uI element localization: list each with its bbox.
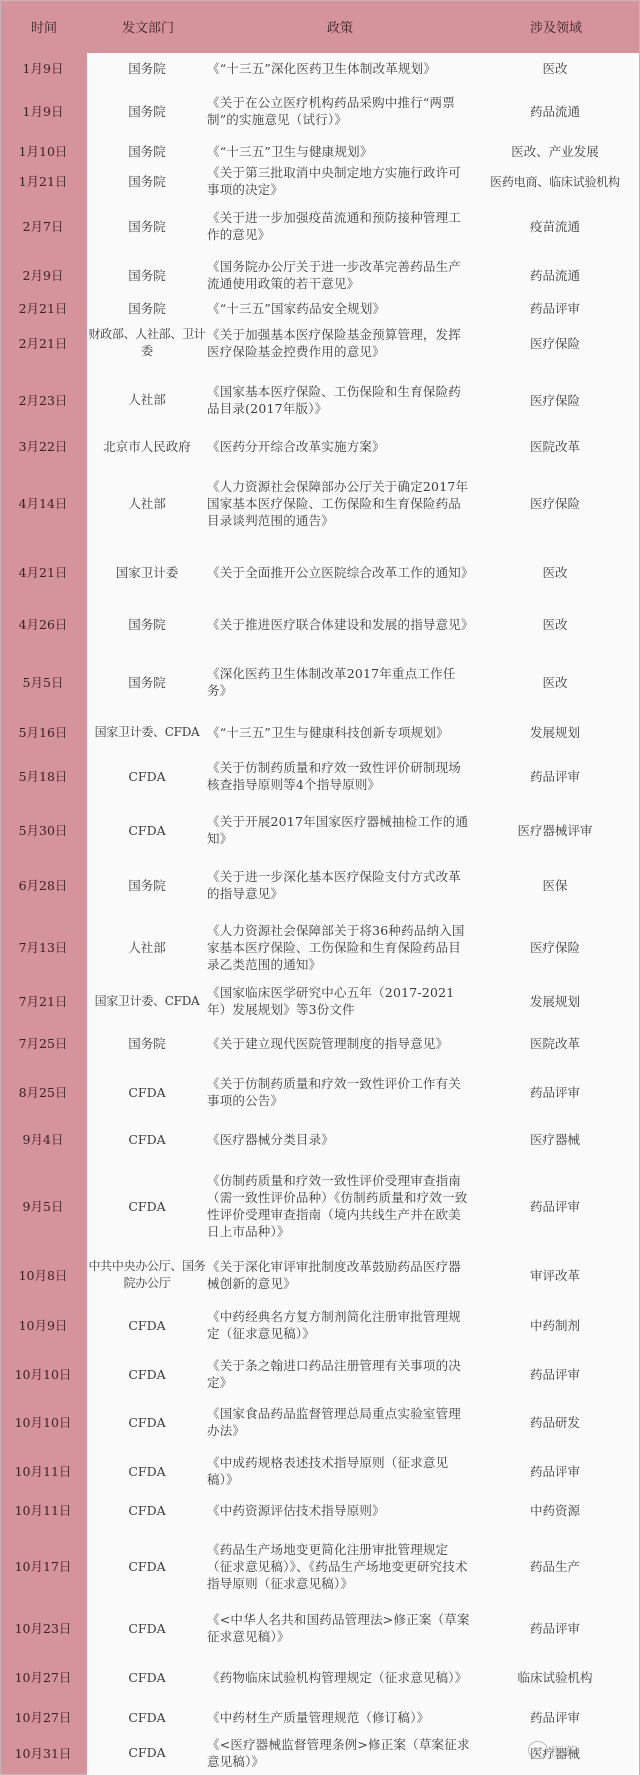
policy-cell: 《国务院办公厅关于进一步改革完善药品生产流通使用政策的若干意见》 — [207, 253, 471, 297]
area-cell: 疫苗流通 — [472, 199, 638, 253]
dept-cell: CFDA — [88, 1396, 206, 1448]
area-cell-text: 药品评审 — [530, 1365, 580, 1383]
dept-cell: 国务院 — [88, 598, 206, 650]
area-cell: 医改、产业发展 — [472, 139, 638, 163]
area-cell: 医改 — [472, 598, 638, 650]
table-header: 时间 发文部门 政策 涉及领域 — [1, 5, 638, 53]
wechat-icon — [528, 1741, 548, 1759]
dept-cell: 国家卫计委、CFDA — [86, 714, 208, 750]
dept-cell: CFDA — [88, 1606, 206, 1650]
policy-cell: 《“十三五”卫生与健康规划》 — [207, 139, 471, 163]
date-cell: 2月7日 — [0, 199, 86, 253]
date-cell: 2月23日 — [0, 367, 86, 432]
area-cell: 医疗保险 — [472, 367, 638, 432]
date-cell: 10月27日 — [0, 1704, 86, 1730]
dept-cell-text: 国务院 — [128, 60, 166, 77]
date-cell-text: 10月31日 — [15, 1744, 72, 1762]
date-cell: 1月9日 — [0, 53, 86, 83]
date-cell: 5月5日 — [0, 650, 86, 714]
area-cell-text: 医改 — [542, 563, 567, 581]
area-cell: 药品评审 — [472, 1160, 638, 1252]
header-date: 时间 — [1, 5, 87, 53]
date-cell: 7月21日 — [0, 982, 86, 1020]
dept-cell: 国家卫计委 — [88, 546, 206, 598]
area-cell-text: 药品评审 — [530, 1197, 580, 1215]
dept-cell: 人社部 — [88, 460, 206, 546]
dept-cell-text: CFDA — [128, 822, 165, 839]
date-cell-text: 1月21日 — [19, 172, 68, 190]
dept-cell-text: 国务院 — [128, 300, 166, 317]
date-cell-text: 10月11日 — [15, 1501, 72, 1519]
date-cell-text: 2月9日 — [23, 266, 64, 284]
policy-cell-text: 《<中华人名共和国药品管理法>修正案（草案征求意见稿）》 — [207, 1611, 471, 1645]
dept-cell: 国务院 — [88, 858, 206, 912]
dept-cell: CFDA — [88, 1066, 206, 1118]
dept-cell-text: CFDA — [128, 1744, 165, 1761]
dept-cell: 国务院 — [88, 650, 206, 714]
date-cell-text: 10月27日 — [15, 1668, 72, 1686]
table-row: 2月7日国务院《关于进一步加强疫苗流通和预防接种管理工作的意见》疫苗流通 — [0, 199, 640, 253]
table-row: 10月27日CFDA《中药材生产质量管理规范（修订稿）》药品评审 — [0, 1704, 640, 1730]
policy-cell: 《国家基本医疗保险、工伤保险和生育保险药品目录(2017年版）》 — [207, 367, 471, 432]
policy-cell-text: 《关于在公立医疗机构药品采购中推行“两票制”的实施意见（试行）》 — [207, 94, 471, 128]
date-cell: 1月21日 — [0, 163, 86, 199]
date-cell-text: 8月25日 — [19, 1083, 68, 1101]
table-row: 9月5日CFDA《仿制药质量和疗效一致性评价受理审查指南（需一致性评价品种）《仿… — [0, 1160, 640, 1252]
area-cell: 发展规划 — [472, 982, 638, 1020]
date-cell-text: 3月22日 — [19, 437, 68, 455]
dept-cell: 中共中央办公厅、国务院办公厅 — [86, 1252, 208, 1298]
date-cell: 1月10日 — [0, 139, 86, 163]
watermark-text: 医药 — [551, 1741, 577, 1760]
policy-cell-text: 《医药分开综合改革实施方案》 — [207, 438, 385, 455]
dept-cell: CFDA — [88, 1160, 206, 1252]
header-dept: 发文部门 — [89, 5, 207, 53]
dept-cell: CFDA — [88, 1494, 206, 1526]
table-row: 4月14日人社部《人力资源社会保障部办公厅关于确定2017年国家基本医疗保险、工… — [0, 460, 640, 546]
policy-cell: 《“十三五”深化医药卫生体制改革规划》 — [207, 53, 471, 83]
date-cell-text: 9月5日 — [23, 1197, 64, 1215]
area-cell-text: 中药制剂 — [530, 1316, 580, 1334]
date-cell: 10月10日 — [0, 1396, 86, 1448]
dept-cell: 北京市人民政府 — [88, 432, 206, 460]
policy-cell-text: 《国家食品药品监督管理总局重点实验室管理办法》 — [207, 1405, 471, 1439]
date-cell: 5月16日 — [0, 714, 86, 750]
date-cell-text: 10月10日 — [15, 1413, 72, 1431]
policy-cell-text: 《国务院办公厅关于进一步改革完善药品生产流通使用政策的若干意见》 — [207, 258, 471, 292]
table-row: 10月8日中共中央办公厅、国务院办公厅《关于深化审评审批制度改革鼓励药品医疗器械… — [0, 1252, 640, 1298]
table-row: 10月10日CFDA《国家食品药品监督管理总局重点实验室管理办法》药品研发 — [0, 1396, 640, 1448]
table-row: 10月27日CFDA《药物临床试验机构管理规定（征求意见稿）》临床试验机构 — [0, 1650, 640, 1704]
area-cell-text: 医疗器械评审 — [517, 821, 592, 839]
table-row: 5月5日国务院《深化医药卫生体制改革2017年重点工作任务》医改 — [0, 650, 640, 714]
date-cell-text: 1月9日 — [23, 102, 64, 120]
policy-cell: 《中药资源评估技术指导原则》 — [207, 1494, 471, 1526]
date-cell-text: 2月7日 — [23, 217, 64, 235]
dept-cell: CFDA — [88, 802, 206, 858]
policy-cell-text: 《关于深化审评审批制度改革鼓励药品医疗器械创新的意见》 — [207, 1258, 471, 1292]
table-row: 10月10日CFDA《关于条之翰进口药品注册管理有关事项的决定》药品评审 — [0, 1352, 640, 1396]
policy-cell: 《中药经典名方复方制剂简化注册审批管理规定（征求意见稿）》 — [207, 1298, 471, 1352]
table-row: 4月21日国家卫计委《关于全面推开公立医院综合改革工作的通知》医改 — [0, 546, 640, 598]
date-cell: 10月11日 — [0, 1494, 86, 1526]
dept-cell-text: 国家卫计委、CFDA — [95, 724, 200, 741]
policy-cell: 《国家临床医学研究中心五年（2017-2021年）发展规划》等3份文件 — [207, 982, 471, 1020]
area-cell-text: 药品流通 — [530, 266, 580, 284]
table-row: 1月9日国务院《“十三五”深化医药卫生体制改革规划》医改 — [0, 53, 640, 83]
area-cell-text: 药品评审 — [530, 299, 580, 317]
date-cell: 1月9日 — [0, 83, 86, 139]
policy-cell: 《<中华人名共和国药品管理法>修正案（草案征求意见稿）》 — [207, 1606, 471, 1650]
header-policy: 政策 — [208, 5, 472, 53]
policy-cell: 《关于深化审评审批制度改革鼓励药品医疗器械创新的意见》 — [207, 1252, 471, 1298]
dept-cell-text: 人社部 — [128, 939, 166, 956]
table-row: 1月9日国务院《关于在公立医疗机构药品采购中推行“两票制”的实施意见（试行）》药… — [0, 83, 640, 139]
dept-cell-text: CFDA — [128, 768, 165, 785]
area-cell: 药品研发 — [472, 1396, 638, 1448]
area-cell: 药品评审 — [472, 1448, 638, 1494]
area-cell: 医疗保险 — [472, 460, 638, 546]
area-cell-text: 医改 — [542, 673, 567, 691]
date-cell-text: 4月14日 — [19, 494, 68, 512]
table-row: 1月10日国务院《“十三五”卫生与健康规划》医改、产业发展 — [0, 139, 640, 163]
dept-cell-text: 国务院 — [128, 218, 166, 235]
date-cell-text: 5月30日 — [19, 821, 68, 839]
dept-cell: 国家卫计委、CFDA — [86, 982, 208, 1020]
dept-cell-text: 人社部 — [128, 495, 166, 512]
area-cell: 医药电商、临床试验机构 — [472, 163, 638, 199]
policy-cell: 《深化医药卫生体制改革2017年重点工作任务》 — [207, 650, 471, 714]
dept-cell-text: CFDA — [128, 1198, 165, 1215]
dept-cell-text: 国家卫计委 — [116, 564, 179, 581]
area-cell: 医改 — [472, 53, 638, 83]
dept-cell-text: 国务院 — [128, 267, 166, 284]
table-row: 10月23日CFDA《<中华人名共和国药品管理法>修正案（草案征求意见稿）》药品… — [0, 1606, 640, 1650]
dept-cell-text: 国务院 — [128, 103, 166, 120]
area-cell: 药品流通 — [472, 253, 638, 297]
dept-cell: 人社部 — [88, 912, 206, 982]
date-cell-text: 5月16日 — [19, 723, 68, 741]
table-row: 4月26日国务院《关于推进医疗联合体建设和发展的指导意见》医改 — [0, 598, 640, 650]
dept-cell: 国务院 — [88, 83, 206, 139]
dept-cell-text: CFDA — [128, 1502, 165, 1519]
date-cell: 10月27日 — [0, 1650, 86, 1704]
dept-cell-text: CFDA — [128, 1366, 165, 1383]
area-cell-text: 审评改革 — [530, 1266, 580, 1284]
dept-cell: CFDA — [88, 1448, 206, 1494]
dept-cell-text: 国务院 — [128, 173, 166, 190]
date-cell: 9月4日 — [0, 1118, 86, 1160]
date-cell-text: 2月23日 — [19, 391, 68, 409]
date-cell-text: 10月27日 — [15, 1708, 72, 1726]
table-row: 6月28日国务院《关于进一步深化基本医疗保险支付方式改革的指导意见》医保 — [0, 858, 640, 912]
policy-cell-text: 《关于建立现代医院管理制度的指导意见》 — [207, 1035, 448, 1052]
area-cell: 药品流通 — [472, 83, 638, 139]
policy-cell: 《中药材生产质量管理规范（修订稿）》 — [207, 1704, 471, 1730]
policy-cell: 《国家食品药品监督管理总局重点实验室管理办法》 — [207, 1396, 471, 1448]
area-cell-text: 中药资源 — [530, 1501, 580, 1519]
table-row: 10月11日CFDA《中药资源评估技术指导原则》中药资源 — [0, 1494, 640, 1526]
area-cell-text: 医改 — [542, 59, 567, 77]
policy-cell: 《中成药规格表述技术指导原则（征求意见稿）》 — [207, 1448, 471, 1494]
policy-cell: 《医药分开综合改革实施方案》 — [207, 432, 471, 460]
date-cell: 5月18日 — [0, 750, 86, 802]
policy-cell-text: 《关于推进医疗联合体建设和发展的指导意见》 — [207, 616, 471, 633]
area-cell: 药品评审 — [472, 750, 638, 802]
dept-cell: CFDA — [88, 1650, 206, 1704]
policy-cell: 《“十三五”卫生与健康科技创新专项规划》 — [207, 714, 471, 750]
area-cell: 中药资源 — [472, 1494, 638, 1526]
policy-cell: 《仿制药质量和疗效一致性评价受理审查指南（需一致性评价品种）《仿制药质量和疗效一… — [207, 1160, 471, 1252]
area-cell: 医改 — [472, 546, 638, 598]
dept-cell: 国务院 — [88, 199, 206, 253]
area-cell: 中药制剂 — [472, 1298, 638, 1352]
date-cell: 10月10日 — [0, 1352, 86, 1396]
policy-cell: 《关于在公立医疗机构药品采购中推行“两票制”的实施意见（试行）》 — [207, 83, 471, 139]
area-cell: 医疗器械评审 — [472, 802, 638, 858]
area-cell: 医院改革 — [472, 432, 638, 460]
dept-cell: 国务院 — [88, 163, 206, 199]
date-cell-text: 10月9日 — [19, 1316, 68, 1334]
area-cell: 医保 — [472, 858, 638, 912]
area-cell-text: 医改 — [542, 615, 567, 633]
dept-cell-text: CFDA — [128, 1558, 165, 1575]
table-row: 1月21日国务院《关于第三批取消中央制定地方实施行政许可事项的决定》医药电商、临… — [0, 163, 640, 199]
date-cell: 10月17日 — [0, 1526, 86, 1606]
table-row: 10月17日CFDA《药品生产场地变更简化注册审批管理规定（征求意见稿）》、《药… — [0, 1526, 640, 1606]
area-cell: 审评改革 — [472, 1252, 638, 1298]
area-cell: 医疗保险 — [472, 319, 638, 367]
policy-cell: 《关于加强基本医疗保险基金预算管理，发挥医疗保险基金控费作用的意见》 — [207, 319, 471, 367]
area-cell-text: 医疗器械 — [530, 1130, 580, 1148]
dept-cell: 国务院 — [88, 1020, 206, 1066]
date-cell-text: 4月26日 — [19, 615, 68, 633]
date-cell-text: 6月28日 — [19, 876, 68, 894]
policy-cell-text: 《中成药规格表述技术指导原则（征求意见稿）》 — [207, 1454, 471, 1488]
policy-cell: 《关于仿制药质量和疗效一致性评价工作有关事项的公告》 — [207, 1066, 471, 1118]
policy-cell: 《关于全面推开公立医院综合改革工作的通知》 — [207, 546, 471, 598]
dept-cell-text: CFDA — [128, 1709, 165, 1726]
policy-cell-text: 《关于进一步深化基本医疗保险支付方式改革的指导意见》 — [207, 868, 471, 902]
dept-cell-text: 国家卫计委、CFDA — [95, 993, 200, 1010]
date-cell: 2月9日 — [0, 253, 86, 297]
policy-cell: 《药品生产场地变更简化注册审批管理规定（征求意见稿）》、《药品生产场地变更研究技… — [207, 1526, 471, 1606]
policy-cell: 《“十三五”国家药品安全规划》 — [207, 297, 471, 319]
policy-cell-text: 《国家基本医疗保险、工伤保险和生育保险药品目录(2017年版）》 — [207, 383, 471, 417]
date-cell-text: 5月18日 — [19, 767, 68, 785]
date-cell-text: 2月21日 — [19, 299, 68, 317]
policy-cell-text: 《人力资源社会保障部关于将36种药品纳入国家基本医疗保险、工伤保险和生育保险药品… — [207, 922, 471, 973]
area-cell: 临床试验机构 — [472, 1650, 638, 1704]
date-cell: 5月30日 — [0, 802, 86, 858]
area-cell-text: 医疗保险 — [530, 938, 580, 956]
dept-cell-text: 国务院 — [128, 877, 166, 894]
date-cell: 7月13日 — [0, 912, 86, 982]
policy-cell-text: 《中药经典名方复方制剂简化注册审批管理规定（征求意见稿）》 — [207, 1308, 471, 1342]
dept-cell-text: CFDA — [128, 1131, 165, 1148]
dept-cell-text: CFDA — [128, 1414, 165, 1431]
date-cell: 9月5日 — [0, 1160, 86, 1252]
area-cell-text: 医改、产业发展 — [511, 142, 599, 160]
dept-cell-text: CFDA — [128, 1669, 165, 1686]
dept-cell-text: 国务院 — [128, 1035, 166, 1052]
date-cell: 2月21日 — [0, 319, 86, 367]
dept-cell: 国务院 — [88, 139, 206, 163]
date-cell-text: 1月9日 — [23, 59, 64, 77]
table-row: 5月30日CFDA《关于开展2017年国家医疗器械抽检工作的通知》医疗器械评审 — [0, 802, 640, 858]
date-cell: 8月25日 — [0, 1066, 86, 1118]
dept-cell-text: 人社部 — [128, 391, 166, 408]
policy-cell: 《关于第三批取消中央制定地方实施行政许可事项的决定》 — [207, 163, 471, 199]
policy-cell-text: 《深化医药卫生体制改革2017年重点工作任务》 — [207, 665, 471, 699]
area-cell: 医疗器械 — [472, 1118, 638, 1160]
policy-cell-text: 《人力资源社会保障部办公厅关于确定2017年国家基本医疗保险、工伤保险和生育保险… — [207, 478, 471, 529]
dept-cell: CFDA — [88, 1298, 206, 1352]
area-cell-text: 药品评审 — [530, 1708, 580, 1726]
table-row: 2月21日财政部、人社部、卫计委《关于加强基本医疗保险基金预算管理，发挥医疗保险… — [0, 319, 640, 367]
dept-cell: CFDA — [88, 1118, 206, 1160]
date-cell: 10月11日 — [0, 1448, 86, 1494]
policy-cell: 《医疗器械分类目录》 — [207, 1118, 471, 1160]
date-cell: 10月23日 — [0, 1606, 86, 1650]
table-row: 10月9日CFDA《中药经典名方复方制剂简化注册审批管理规定（征求意见稿）》中药… — [0, 1298, 640, 1352]
policy-cell: 《关于进一步加强疫苗流通和预防接种管理工作的意见》 — [207, 199, 471, 253]
area-cell-text: 药品评审 — [530, 1462, 580, 1480]
dept-cell: CFDA — [88, 1730, 206, 1775]
area-cell-text: 发展规划 — [530, 992, 580, 1010]
date-cell-text: 2月21日 — [19, 334, 68, 352]
policy-cell-text: 《国家临床医学研究中心五年（2017-2021年）发展规划》等3份文件 — [207, 984, 471, 1018]
area-cell-text: 药品生产 — [530, 1557, 580, 1575]
date-cell: 4月26日 — [0, 598, 86, 650]
policy-cell-text: 《关于加强基本医疗保险基金预算管理，发挥医疗保险基金控费作用的意见》 — [207, 326, 471, 360]
area-cell-text: 药品评审 — [530, 767, 580, 785]
table-row: 7月25日国务院《关于建立现代医院管理制度的指导意见》医院改革 — [0, 1020, 640, 1066]
date-cell-text: 1月10日 — [19, 142, 68, 160]
area-cell-text: 医疗保险 — [530, 334, 580, 352]
date-cell-text: 4月21日 — [19, 563, 68, 581]
date-cell: 10月8日 — [0, 1252, 86, 1298]
area-cell-text: 医院改革 — [530, 1034, 580, 1052]
date-cell: 3月22日 — [0, 432, 86, 460]
policy-cell-text: 《关于开展2017年国家医疗器械抽检工作的通知》 — [207, 813, 471, 847]
policy-cell-text: 《关于第三批取消中央制定地方实施行政许可事项的决定》 — [207, 164, 471, 198]
policy-cell-text: 《中药资源评估技术指导原则》 — [207, 1502, 385, 1519]
policy-cell-text: 《“十三五”国家药品安全规划》 — [207, 300, 385, 317]
dept-cell: 国务院 — [88, 253, 206, 297]
area-cell-text: 发展规划 — [530, 723, 580, 741]
dept-cell: CFDA — [88, 1704, 206, 1730]
policy-cell: 《关于条之翰进口药品注册管理有关事项的决定》 — [207, 1352, 471, 1396]
policy-cell-text: 《关于全面推开公立医院综合改革工作的通知》 — [207, 564, 471, 581]
date-cell-text: 7月25日 — [19, 1034, 68, 1052]
policy-cell-text: 《药品生产场地变更简化注册审批管理规定（征求意见稿）》、《药品生产场地变更研究技… — [207, 1541, 471, 1592]
area-cell: 医改 — [472, 650, 638, 714]
policy-cell-text: 《关于仿制药质量和疗效一致性评价研制现场核查指导原则等4个指导原则》 — [207, 759, 471, 793]
date-cell: 4月14日 — [0, 460, 86, 546]
dept-cell-text: CFDA — [128, 1463, 165, 1480]
table-row: 9月4日CFDA《医疗器械分类目录》医疗器械 — [0, 1118, 640, 1160]
dept-cell-text: 国务院 — [128, 674, 166, 691]
area-cell-text: 医院改革 — [530, 437, 580, 455]
dept-cell: 国务院 — [88, 53, 206, 83]
date-cell: 10月31日 — [0, 1730, 86, 1775]
dept-cell-text: CFDA — [128, 1317, 165, 1334]
date-cell: 6月28日 — [0, 858, 86, 912]
area-cell: 药品评审 — [472, 1606, 638, 1650]
policy-cell-text: 《中药材生产质量管理规范（修订稿）》 — [207, 1709, 429, 1726]
policy-cell-text: 《“十三五”卫生与健康科技创新专项规划》 — [207, 724, 449, 741]
dept-cell: CFDA — [88, 1526, 206, 1606]
dept-cell-text: 财政部、人社部、卫计委 — [86, 326, 208, 360]
area-cell-text: 医保 — [542, 876, 567, 894]
dept-cell: CFDA — [88, 1352, 206, 1396]
table-row: 2月23日人社部《国家基本医疗保险、工伤保险和生育保险药品目录(2017年版）》… — [0, 367, 640, 432]
policy-cell: 《关于建立现代医院管理制度的指导意见》 — [207, 1020, 471, 1066]
area-cell: 药品评审 — [472, 1352, 638, 1396]
policy-cell: 《人力资源社会保障部关于将36种药品纳入国家基本医疗保险、工伤保险和生育保险药品… — [207, 912, 471, 982]
table-row: 2月9日国务院《国务院办公厅关于进一步改革完善药品生产流通使用政策的若干意见》药… — [0, 253, 640, 297]
date-cell: 10月9日 — [0, 1298, 86, 1352]
table-row: 2月21日国务院《“十三五”国家药品安全规划》药品评审 — [0, 297, 640, 319]
policy-cell-text: 《关于进一步加强疫苗流通和预防接种管理工作的意见》 — [207, 209, 471, 243]
table-row: 10月11日CFDA《中成药规格表述技术指导原则（征求意见稿）》药品评审 — [0, 1448, 640, 1494]
policy-cell: 《人力资源社会保障部办公厅关于确定2017年国家基本医疗保险、工伤保险和生育保险… — [207, 460, 471, 546]
policy-cell-text: 《药物临床试验机构管理规定（征求意见稿）》 — [207, 1669, 467, 1686]
dept-cell-text: CFDA — [128, 1620, 165, 1637]
date-cell-text: 10月23日 — [15, 1619, 72, 1637]
area-cell-text: 药品评审 — [530, 1619, 580, 1637]
area-cell-text: 医疗保险 — [530, 494, 580, 512]
date-cell-text: 10月8日 — [19, 1266, 68, 1284]
table-row: 7月21日国家卫计委、CFDA《国家临床医学研究中心五年（2017-2021年）… — [0, 982, 640, 1020]
policy-cell-text: 《医疗器械分类目录》 — [207, 1131, 334, 1148]
area-cell-text: 药品流通 — [530, 102, 580, 120]
dept-cell: 国务院 — [88, 297, 206, 319]
policy-cell-text: 《关于条之翰进口药品注册管理有关事项的决定》 — [207, 1357, 471, 1391]
dept-cell-text: 中共中央办公厅、国务院办公厅 — [86, 1258, 208, 1292]
table-row: 8月25日CFDA《关于仿制药质量和疗效一致性评价工作有关事项的公告》药品评审 — [0, 1066, 640, 1118]
policy-cell-text: 《<医疗器械监督管理条例>修正案（草案征求意见稿）》 — [207, 1736, 471, 1770]
dept-cell-text: CFDA — [128, 1084, 165, 1101]
policy-cell: 《关于进一步深化基本医疗保险支付方式改革的指导意见》 — [207, 858, 471, 912]
policy-cell-text: 《“十三五”深化医药卫生体制改革规划》 — [207, 60, 436, 77]
date-cell-text: 10月17日 — [15, 1557, 72, 1575]
area-cell-text: 药品研发 — [530, 1413, 580, 1431]
area-cell: 药品评审 — [472, 1066, 638, 1118]
dept-cell: 人社部 — [88, 367, 206, 432]
watermark: 医药 — [528, 1735, 638, 1765]
area-cell: 医院改革 — [472, 1020, 638, 1066]
date-cell-text: 9月4日 — [23, 1130, 64, 1148]
area-cell-text: 临床试验机构 — [517, 1668, 592, 1686]
area-cell: 药品生产 — [472, 1526, 638, 1606]
date-cell-text: 10月10日 — [15, 1365, 72, 1383]
policy-cell-text: 《关于仿制药质量和疗效一致性评价工作有关事项的公告》 — [207, 1075, 471, 1109]
header-area: 涉及领域 — [473, 5, 639, 53]
dept-cell: CFDA — [88, 750, 206, 802]
policy-cell: 《关于推进医疗联合体建设和发展的指导意见》 — [207, 598, 471, 650]
area-cell-text: 医疗保险 — [530, 391, 580, 409]
date-cell-text: 7月21日 — [19, 992, 68, 1010]
table-row: 5月16日国家卫计委、CFDA《“十三五”卫生与健康科技创新专项规划》发展规划 — [0, 714, 640, 750]
date-cell: 7月25日 — [0, 1020, 86, 1066]
table-row: 5月18日CFDA《关于仿制药质量和疗效一致性评价研制现场核查指导原则等4个指导… — [0, 750, 640, 802]
policy-cell: 《药物临床试验机构管理规定（征求意见稿）》 — [207, 1650, 471, 1704]
area-cell: 医疗保险 — [472, 912, 638, 982]
date-cell: 4月21日 — [0, 546, 86, 598]
policy-cell: 《关于仿制药质量和疗效一致性评价研制现场核查指导原则等4个指导原则》 — [207, 750, 471, 802]
